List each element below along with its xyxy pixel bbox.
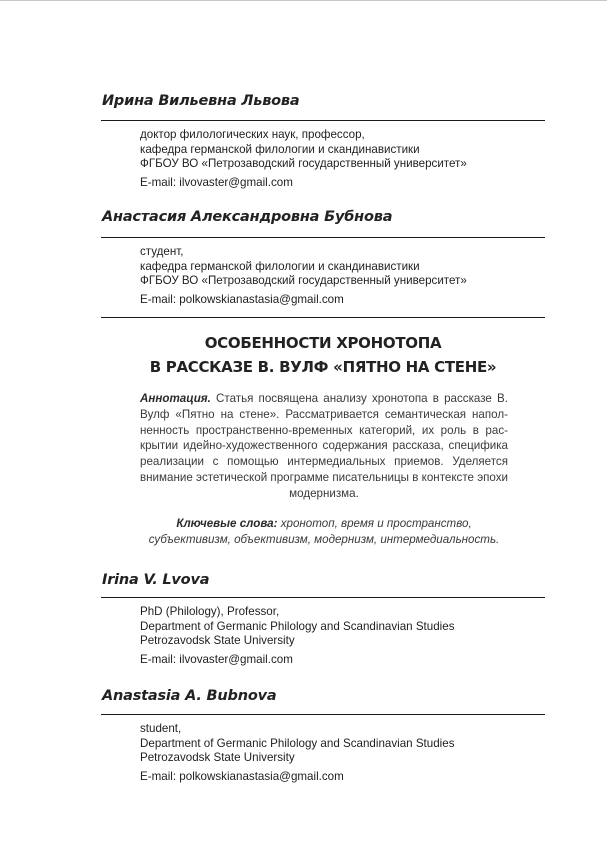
affiliation-line: ФГБОУ ВО «Петрозаводский государственный… xyxy=(140,274,467,289)
affiliation-line: доктор филологических наук, профессор, xyxy=(140,128,467,143)
article-title-line-2: В РАССКАЗЕ В. ВУЛФ «ПЯТНО НА СТЕНЕ» xyxy=(101,355,545,379)
affiliation-line: студент, xyxy=(140,245,467,260)
author-name-en-1: Irina V. Lvova xyxy=(102,572,209,588)
author-name-ru-1: Ирина Вильевна Львова xyxy=(102,93,300,109)
keywords: Ключевые слова: хронотоп, время и простр… xyxy=(140,516,508,548)
author-affiliation-en-1: PhD (Philology), Professor, Department o… xyxy=(140,605,455,667)
affiliation-line: кафедра германской филологии и скандинав… xyxy=(140,260,467,275)
affiliation-line: ФГБОУ ВО «Петрозаводский государственный… xyxy=(140,157,467,172)
abstract-label: Аннотация. xyxy=(140,392,211,405)
affiliation-line: Department of Germanic Philology and Sca… xyxy=(140,737,455,752)
author-email: E-mail: ilvovaster@gmail.com xyxy=(140,653,455,668)
author-name-ru-2: Анастасия Александровна Бубнова xyxy=(102,209,392,225)
author-email: E-mail: polkowskianastasia@gmail.com xyxy=(140,293,467,308)
affiliation-line: Petrozavodsk State University xyxy=(140,751,455,766)
divider-rule xyxy=(101,120,545,121)
divider-rule xyxy=(101,237,545,238)
affiliation-line: Petrozavodsk State University xyxy=(140,634,455,649)
abstract-text: Статья посвящена анализу хронотопа в рас… xyxy=(140,392,508,500)
page-top-edge xyxy=(0,0,607,1)
divider-rule xyxy=(101,714,545,715)
article-title: ОСОБЕННОСТИ ХРОНОТОПА В РАССКАЗЕ В. ВУЛФ… xyxy=(101,331,545,379)
affiliation-line: Department of Germanic Philology and Sca… xyxy=(140,620,455,635)
affiliation-line: кафедра германской филологии и скандинав… xyxy=(140,143,467,158)
divider-rule xyxy=(101,597,545,598)
divider-rule xyxy=(101,317,545,318)
affiliation-line: student, xyxy=(140,722,455,737)
author-affiliation-en-2: student, Department of Germanic Philolog… xyxy=(140,722,455,784)
article-title-line-1: ОСОБЕННОСТИ ХРОНОТОПА xyxy=(101,331,545,355)
keywords-label: Ключевые слова: xyxy=(176,517,277,530)
author-name-en-2: Anastasia A. Bubnova xyxy=(102,688,276,704)
author-affiliation-ru-1: доктор филологических наук, профессор, к… xyxy=(140,128,467,190)
author-email: E-mail: ilvovaster@gmail.com xyxy=(140,176,467,191)
author-email: E-mail: polkowskianastasia@gmail.com xyxy=(140,770,455,785)
affiliation-line: PhD (Philology), Professor, xyxy=(140,605,455,620)
author-affiliation-ru-2: студент, кафедра германской филологии и … xyxy=(140,245,467,307)
abstract: Аннотация. Статья посвящена анализу хрон… xyxy=(140,391,508,502)
